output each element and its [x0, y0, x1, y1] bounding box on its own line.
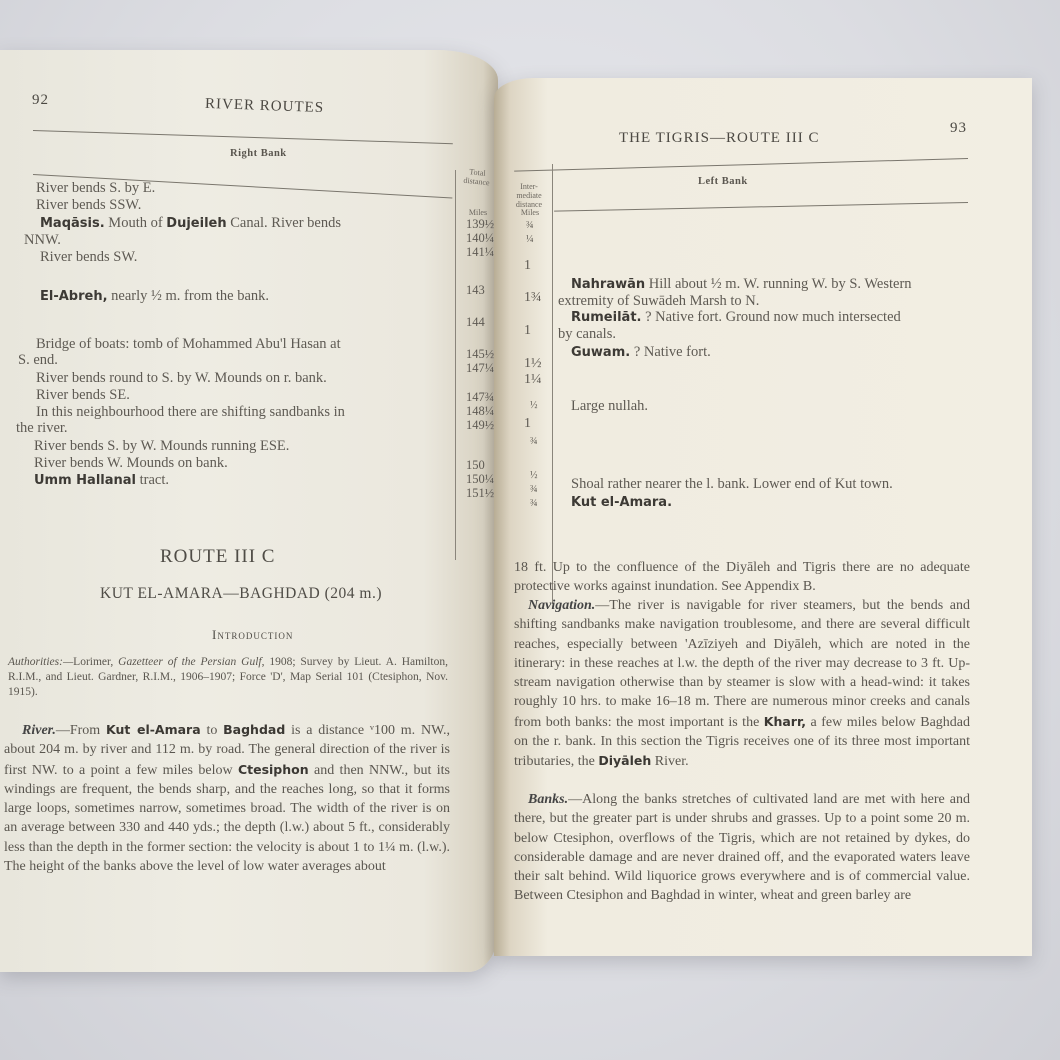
distance-header: Total distance [461, 166, 493, 187]
column-header: Right Bank [230, 148, 287, 159]
entry-line: River bends SW. [40, 249, 137, 266]
total-distance: 149½ [466, 418, 494, 433]
section-heading: Introduction [212, 627, 293, 643]
entry-line: by canals. [558, 326, 616, 343]
page-number: 92 [32, 92, 49, 109]
intermediate-distance: ½ [530, 470, 538, 481]
total-distance: 147¾ [466, 390, 494, 405]
header-rule [33, 130, 453, 144]
continuation-paragraph: 18 ft. Up to the confluence of the Diyāl… [514, 558, 970, 597]
intermediate-distance: 1 [524, 258, 531, 274]
running-head: THE TIGRIS—ROUTE III C [619, 130, 819, 147]
left-page: 92 RIVER ROUTES Right Bank Total distanc… [0, 50, 498, 972]
column-header-rule [554, 202, 968, 212]
right-page: THE TIGRIS—ROUTE III C 93 Inter-mediate … [494, 78, 1032, 956]
total-distance: 140¼ [466, 231, 494, 246]
entry-line: Shoal rather nearer the l. bank. Lower e… [571, 476, 893, 493]
entry-line: Large nullah. [571, 398, 648, 415]
intermediate-distance: 1 [524, 416, 531, 432]
total-distance: 150¼ [466, 472, 494, 487]
entry-line: River bends W. Mounds on bank. [34, 455, 228, 472]
total-distance: 150 [466, 458, 485, 473]
page-number: 93 [950, 120, 967, 137]
total-distance: 144 [466, 315, 485, 330]
entry-line: River bends round to S. by W. Mounds on … [36, 370, 327, 387]
banks-paragraph: Banks.—Along the banks stretches of cult… [514, 790, 970, 906]
total-distance: 147¼ [466, 361, 494, 376]
intermediate-distance: ¾ [530, 484, 538, 495]
intermediate-distance: ¾ [530, 498, 538, 509]
intermediate-distance: ¼ [526, 234, 534, 245]
entry-line: River bends SSW. [36, 197, 141, 214]
navigation-paragraph: Navigation.—The river is navigable for r… [514, 596, 970, 772]
intermediate-distance: 1 [524, 323, 531, 339]
distance-unit: Miles [464, 208, 492, 217]
entry-line: River bends S. by E. [36, 180, 155, 197]
intermediate-distance: ¾ [526, 220, 534, 231]
distance-header: Inter-mediate distance [508, 182, 550, 209]
entry-line: Maqāsis. Mouth of Dujeileh Canal. River … [40, 215, 452, 232]
entry-line: El-Abreh, nearly ½ m. from the bank. [40, 288, 269, 305]
distance-column-rule [455, 170, 456, 560]
entry-line: the river. [16, 420, 68, 437]
intermediate-distance: 1¾ [524, 290, 542, 306]
entry-line: S. end. [18, 352, 58, 369]
entry-line: Nahrawān Hill about ½ m. W. running W. b… [571, 276, 912, 293]
entry-line: River bends S. by W. Mounds running ESE. [34, 438, 289, 455]
entry-line: In this neighbourhood there are shifting… [36, 404, 345, 421]
intermediate-distance: ¾ [530, 436, 538, 447]
intermediate-distance: 1¼ [524, 372, 542, 388]
total-distance: 151½ [466, 486, 494, 501]
authorities-note: Authorities:—Lorimer, Gazetteer of the P… [8, 655, 448, 700]
intermediate-distance: ½ [530, 400, 538, 411]
entry-line: River bends SE. [36, 387, 130, 404]
river-paragraph: River.—From Kut el-Amara to Baghdad is a… [4, 720, 450, 876]
route-subtitle: KUT EL-AMARA—BAGHDAD (204 m.) [100, 585, 382, 603]
total-distance: 145½ [466, 347, 494, 362]
distance-unit: Miles [512, 208, 548, 217]
running-head: RIVER ROUTES [205, 96, 325, 117]
route-title: ROUTE III C [160, 546, 275, 568]
intermediate-distance: 1½ [524, 356, 542, 372]
distance-column-rule [552, 164, 553, 604]
entry-line: Bridge of boats: tomb of Mohammed Abu'l … [36, 336, 341, 353]
entry-line: Rumeilāt. ? Native fort. Ground now much… [571, 309, 901, 326]
entry-line: Umm Hallanal tract. [34, 472, 169, 489]
total-distance: 143 [466, 283, 485, 298]
entry-line: Kut el-Amara. [571, 494, 672, 511]
entry-line: NNW. [24, 232, 61, 249]
total-distance: 148¼ [466, 404, 494, 419]
entry-line: extremity of Suwādeh Marsh to N. [558, 293, 759, 310]
column-header: Left Bank [698, 176, 748, 187]
entry-line: Guwam. ? Native fort. [571, 344, 711, 361]
total-distance: 139½ [466, 217, 494, 232]
total-distance: 141¼ [466, 245, 494, 260]
header-rule [514, 158, 968, 172]
